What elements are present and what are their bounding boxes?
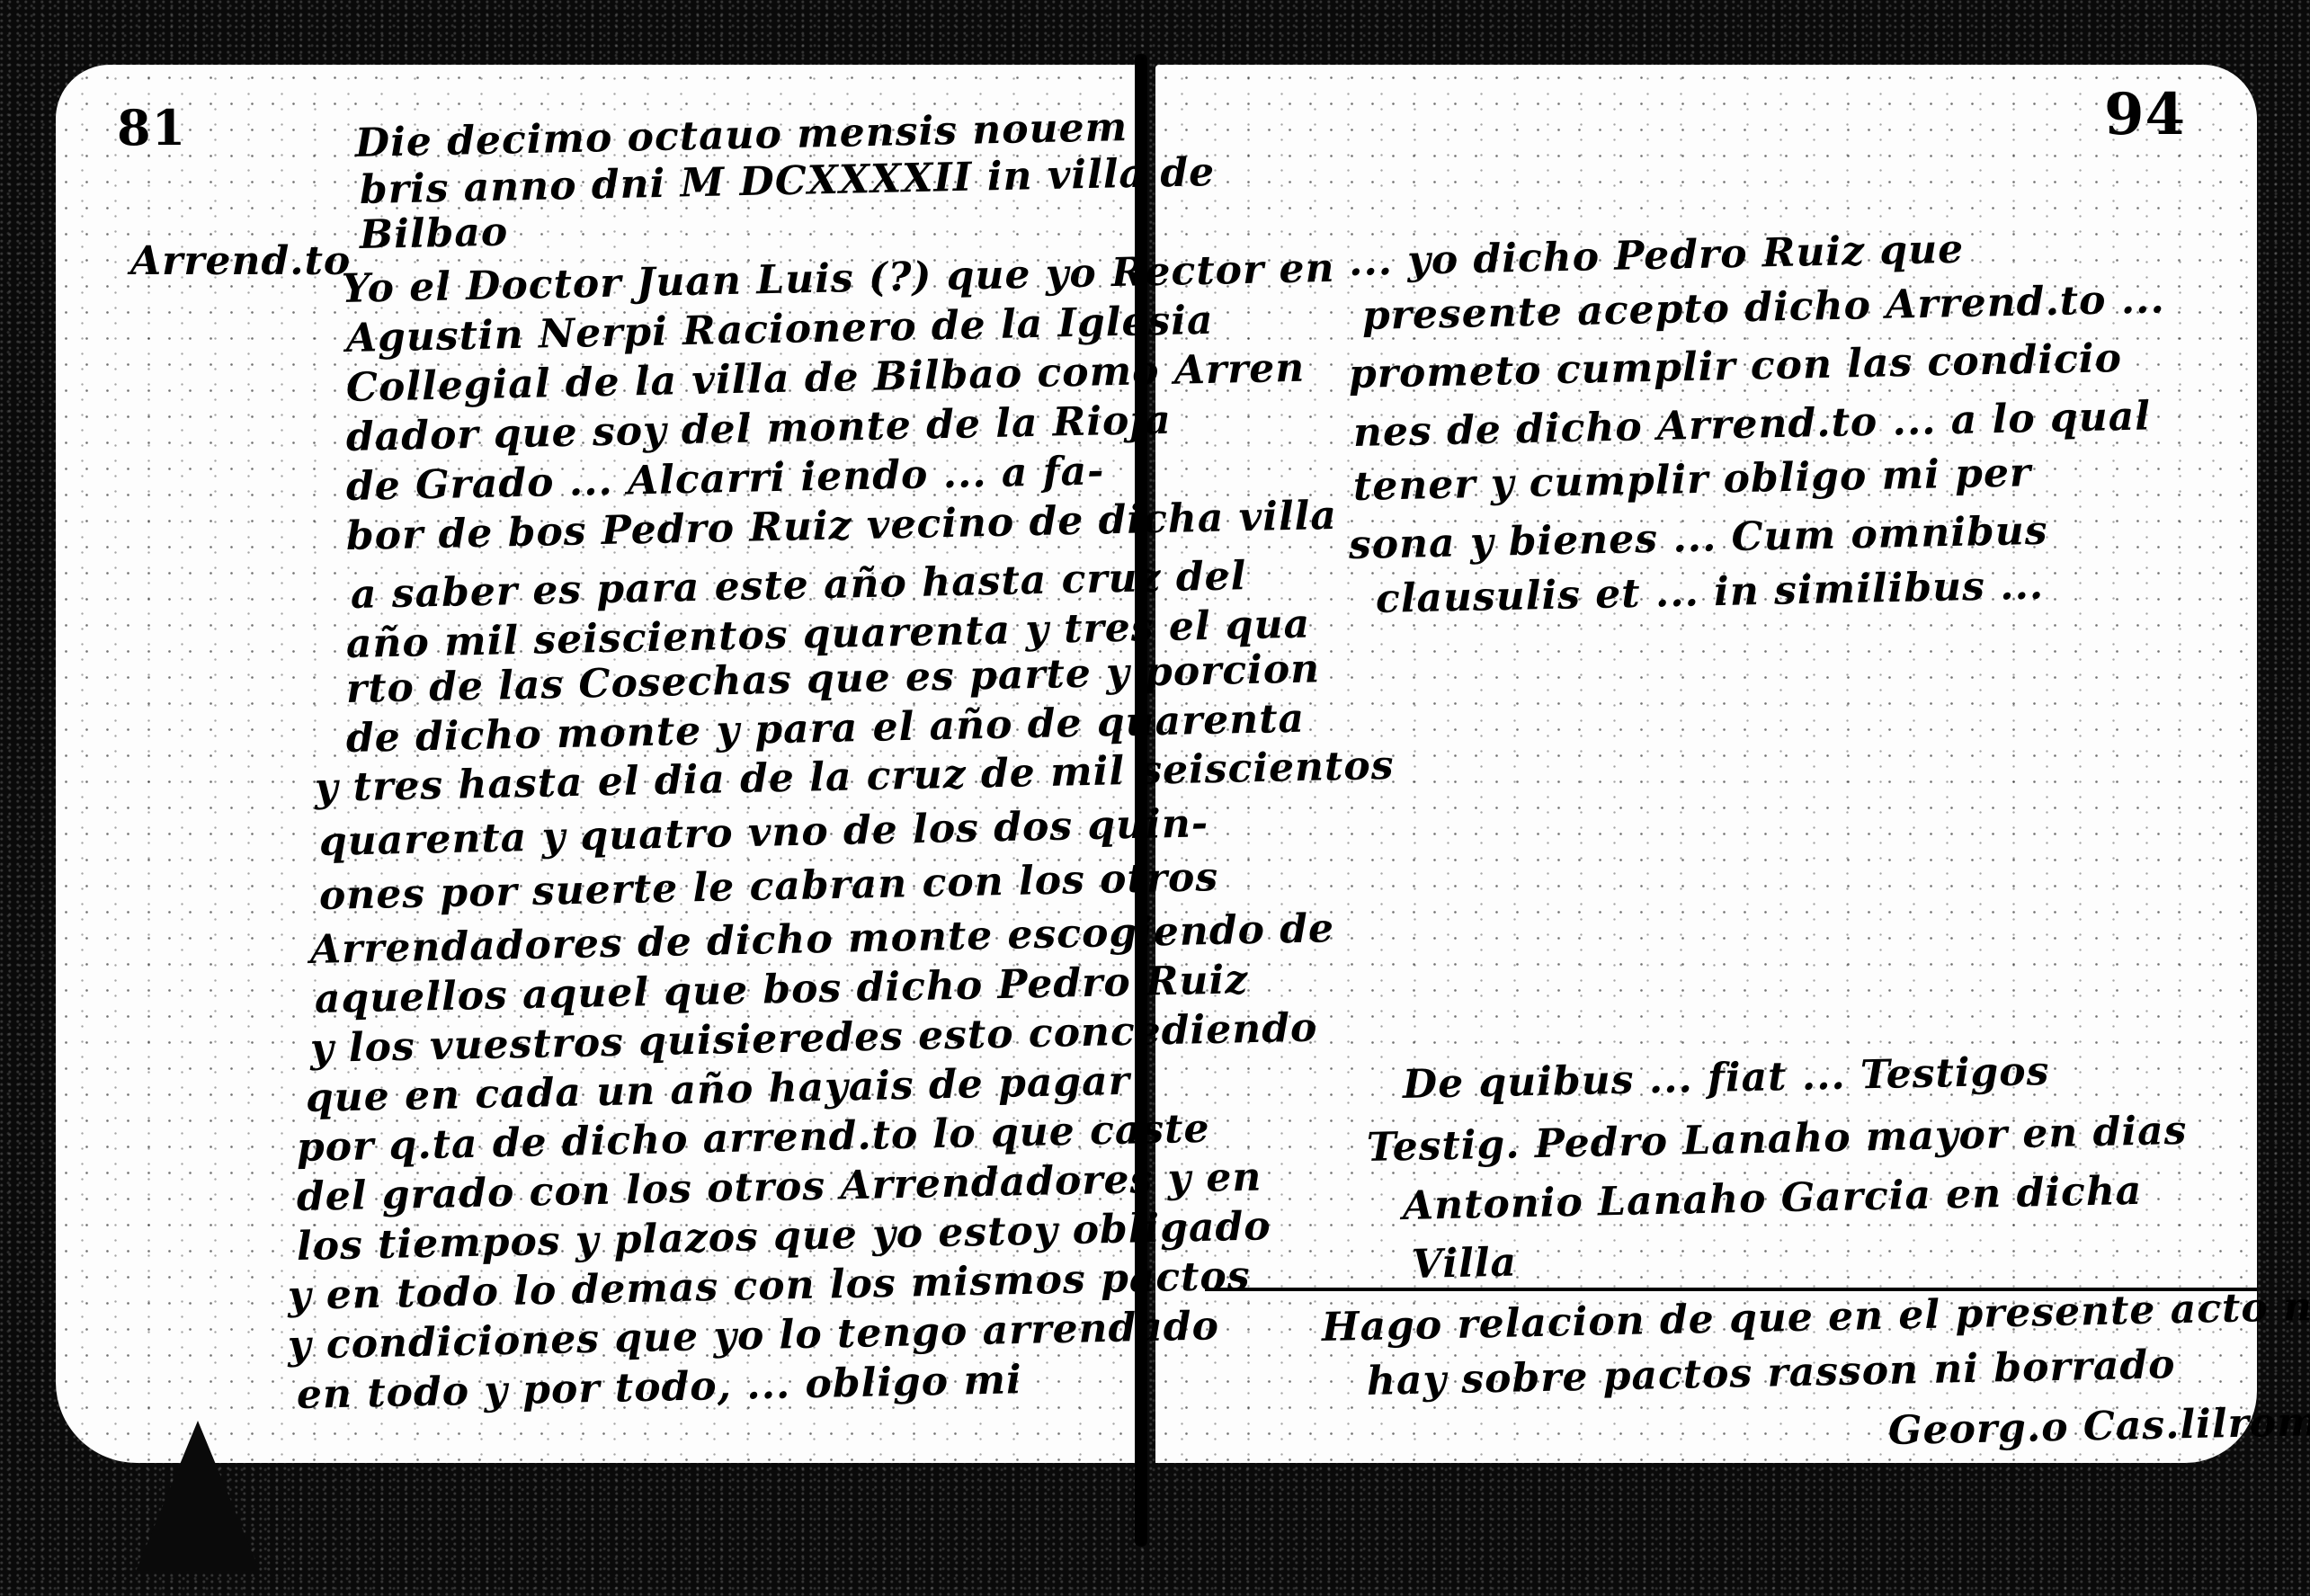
witness-line-4: Villa [1412,1244,1518,1285]
left-folio-number: 81 [117,99,186,156]
left-line-3: Bilbao [360,213,509,255]
notary-signature: Georg.o Cas.lilrom [1888,1403,2310,1451]
right-folio-number: 94 [2104,81,2186,148]
margin-note-arrendamiento: Arrend.to [130,238,351,284]
torn-corner [135,1421,261,1574]
